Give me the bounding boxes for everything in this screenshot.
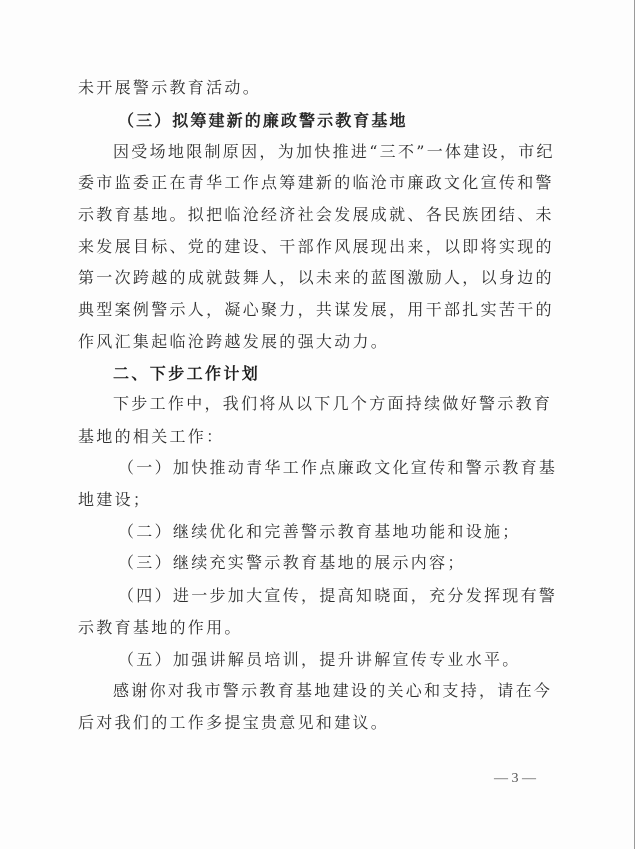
paragraph-line: 示教育基地。拟把临沧经济社会发展成就、各民族团结、未	[78, 203, 554, 227]
section-heading-next-steps: 二、下步工作计划	[113, 362, 260, 386]
closing-paragraph-line: 感谢你对我市警示教育基地建设的关心和支持，请在今	[113, 679, 552, 703]
paragraph-line: 下步工作中，我们将从以下几个方面持续做好警示教育	[113, 392, 552, 416]
page-number: — 3 —	[494, 768, 536, 790]
closing-paragraph-line: 后对我们的工作多提宝贵意见和建议。	[78, 711, 389, 735]
paragraph-line: 委市监委正在青华工作点筹建新的临沧市廉政文化宣传和警	[78, 171, 554, 195]
paragraph-line: 作风汇集起临沧跨越发展的强大动力。	[78, 330, 389, 354]
list-item-5: （五）加强讲解员培训，提升讲解宣传专业水平。	[118, 648, 521, 672]
list-item-2: （二）继续优化和完善警示教育基地功能和设施；	[118, 520, 521, 544]
subheading-new-base: （三）拟筹建新的廉政警示教育基地	[118, 109, 408, 133]
paragraph-line: 典型案例警示人，凝心聚力，共谋发展，用干部扎实苦干的	[78, 298, 554, 322]
paragraph-line: 因受场地限制原因，为加快推进“三不”一体建设，市纪	[113, 140, 555, 164]
text-line-continuation: 未开展警示教育活动。	[78, 76, 261, 100]
paragraph-line: 来发展目标、党的建设、干部作风展现出来，以即将实现的	[78, 235, 554, 259]
list-item-4: （四）进一步加大宣传，提高知晓面，充分发挥现有警	[118, 584, 557, 608]
paragraph-line: 基地的相关工作：	[78, 425, 224, 449]
list-item-1: （一）加快推动青华工作点廉政文化宣传和警示教育基	[118, 456, 557, 480]
list-item-3: （三）继续充实警示教育基地的展示内容；	[118, 551, 466, 575]
paragraph-line: 第一次跨越的成就鼓舞人，以未来的蓝图激励人，以身边的	[78, 266, 554, 290]
list-item-1-continuation: 地建设；	[78, 488, 151, 512]
list-item-4-continuation: 示教育基地的作用。	[78, 616, 243, 640]
document-page: 未开展警示教育活动。 （三）拟筹建新的廉政警示教育基地 因受场地限制原因，为加快…	[0, 0, 635, 849]
